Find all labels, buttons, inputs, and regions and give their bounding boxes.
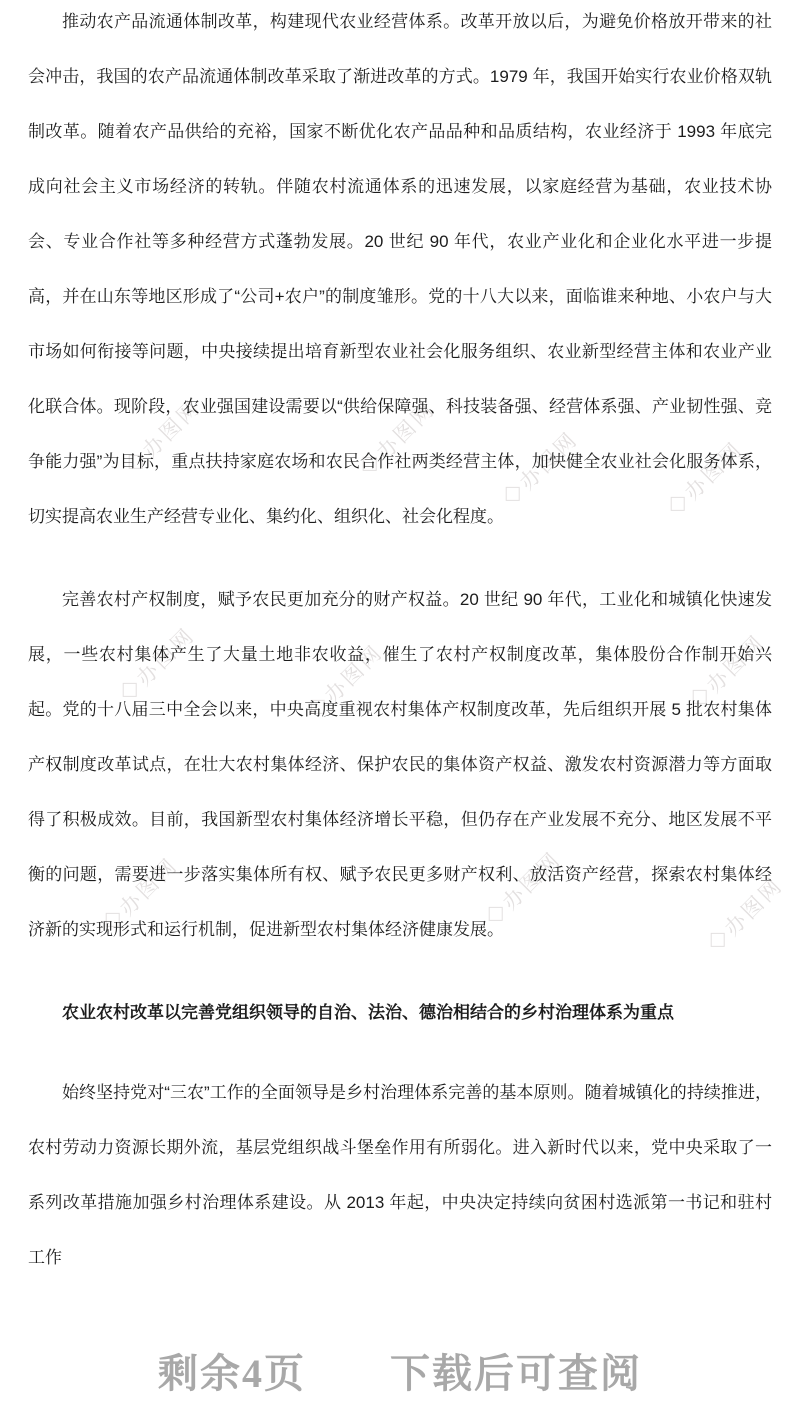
remaining-pages-notice: 剩余4页 下载后可查阅 (28, 1350, 772, 1398)
document-preview-page: 办图网 办图网 办图网 办图网 办图网 办图网 办图网 办图网 办图网 办图网 … (0, 0, 800, 1403)
paragraph-party-leadership: 始终坚持党对“三农”工作的全面领导是乡村治理体系完善的基本原则。随着城镇化的持续… (28, 1065, 772, 1285)
paragraph-property-rights: 完善农村产权制度，赋予农民更加充分的财产权益。20 世纪 90 年代，工业化和城… (28, 572, 772, 957)
section-heading-rural-governance: 农业农村改革以完善党组织领导的自治、法治、德治相结合的乡村治理体系为重点 (28, 985, 772, 1040)
paragraph-circulation-reform: 推动农产品流通体制改革，构建现代农业经营体系。改革开放以后，为避免价格放开带来的… (28, 0, 772, 544)
document-body: 推动农产品流通体制改革，构建现代农业经营体系。改革开放以后，为避免价格放开带来的… (0, 0, 800, 1398)
